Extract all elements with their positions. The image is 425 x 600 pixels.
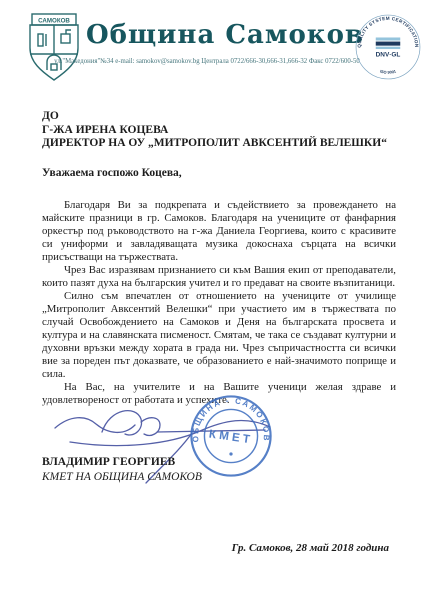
dnv-gl-certification-badge-icon: QUALITY SYSTEM CERTIFICATION DNV·GL ISO …	[354, 11, 422, 83]
stamp-center-text: КМЕТ	[208, 427, 254, 446]
signatory-name: ВЛАДИМИР ГЕОРГИЕВ	[42, 456, 175, 468]
recipient-line-name: Г-ЖА ИРЕНА КОЦЕВА	[42, 124, 396, 138]
date-line: Гр. Самоков, 28 май 2018 година	[232, 542, 389, 554]
paragraph-3: Силно съм впечатлен от отношението на уч…	[42, 290, 396, 381]
letter-body: ДО Г-ЖА ИРЕНА КОЦЕВА ДИРЕКТОР НА ОУ „МИТ…	[42, 110, 396, 407]
municipality-title: Община Самоков	[86, 20, 352, 50]
letter-paragraphs: Благодаря Ви за подкрепата и съдействиет…	[42, 199, 396, 407]
salutation: Уважаема госпожо Коцева,	[42, 167, 396, 179]
municipality-round-stamp: ОБЩИНА - САМОКОВ КМЕТ	[186, 390, 276, 482]
municipality-coat-of-arms-icon: САМОКОВ	[22, 12, 86, 82]
header-contact-line: ул."Македония"№34 e-mail: samokov@samoko…	[48, 58, 366, 65]
recipient-block: ДО Г-ЖА ИРЕНА КОЦЕВА ДИРЕКТОР НА ОУ „МИТ…	[42, 110, 396, 151]
signature-zone: ОБЩИНА - САМОКОВ КМЕТ ВЛАДИМИР ГЕОРГИЕВ …	[42, 388, 396, 508]
scanned-letter-page: САМОКОВ Община Самоков ул."Македония"№34…	[0, 0, 425, 600]
coat-banner-label: САМОКОВ	[38, 18, 70, 25]
paragraph-2: Чрез Вас изразявам признанието си към Ва…	[42, 264, 396, 290]
cert-brand-label: DNV·GL	[376, 52, 401, 59]
svg-text:ISO 9001: ISO 9001	[379, 68, 397, 74]
paragraph-1: Благодаря Ви за подкрепата и съдействиет…	[42, 199, 396, 264]
cert-standard-label: ISO 9001	[379, 68, 397, 74]
recipient-line-title: ДИРЕКТОР НА ОУ „МИТРОПОЛИТ АВКСЕНТИЙ ВЕЛ…	[42, 137, 396, 151]
signatory-role: КМЕТ НА ОБЩИНА САМОКОВ	[42, 471, 202, 483]
recipient-line-to: ДО	[42, 110, 396, 124]
